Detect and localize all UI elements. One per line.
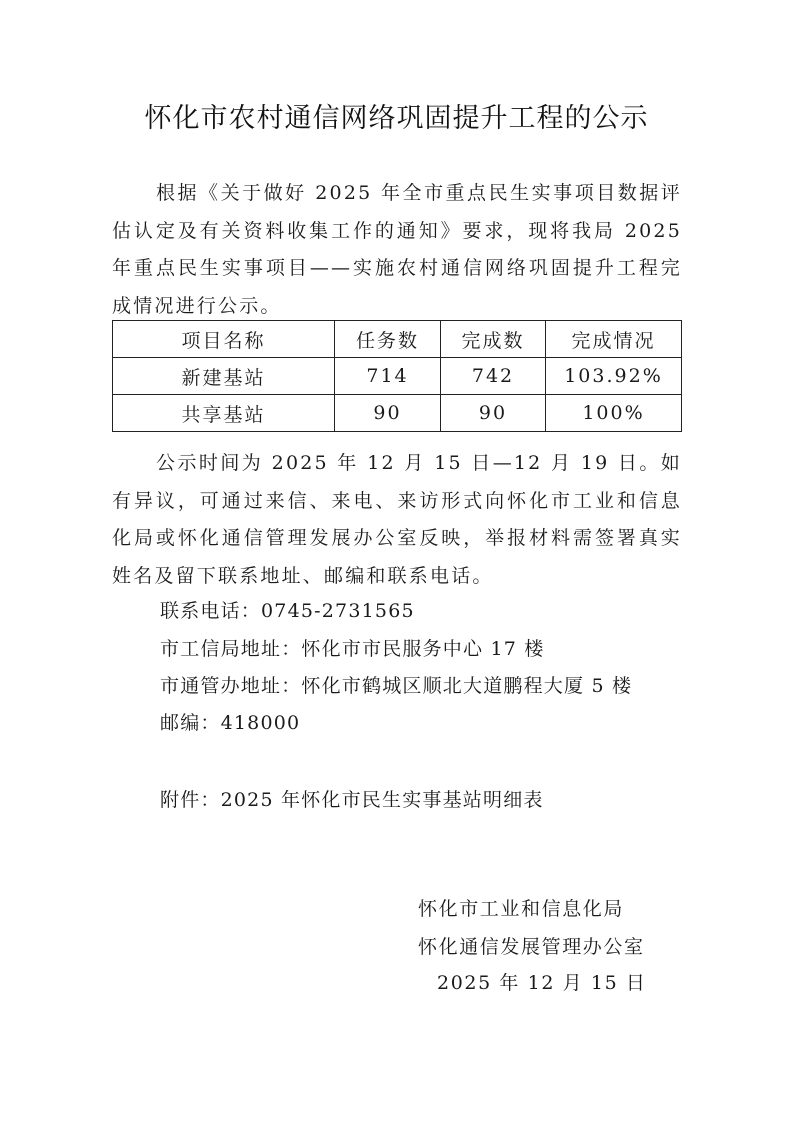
table-header-cell: 完成情况	[546, 321, 682, 358]
signature-org-2: 怀化通信发展管理办公室	[418, 932, 645, 959]
signature-date: 2025 年 12 月 15 日	[437, 968, 647, 995]
signature-org-1: 怀化市工业和信息化局	[418, 894, 624, 921]
table-header-cell: 完成数	[441, 321, 546, 358]
table-cell: 100%	[546, 395, 682, 432]
attachment-note: 附件：2025 年怀化市民生实事基站明细表	[160, 785, 544, 812]
table-row: 新建基站 714 742 103.92%	[113, 358, 682, 395]
table-header-cell: 项目名称	[113, 321, 335, 358]
table-cell: 共享基站	[113, 395, 335, 432]
table-cell: 90	[335, 395, 441, 432]
table-cell: 742	[441, 358, 546, 395]
postcode: 邮编：418000	[160, 708, 300, 735]
table-header-row: 项目名称 任务数 完成数 完成情况	[113, 321, 682, 358]
table-cell: 90	[441, 395, 546, 432]
table-cell: 103.92%	[546, 358, 682, 395]
office-address: 市通管办地址：怀化市鹤城区顺北大道鹏程大厦 5 楼	[160, 671, 632, 698]
bureau-address: 市工信局地址：怀化市市民服务中心 17 楼	[160, 634, 544, 661]
intro-paragraph: 根据《关于做好 2025 年全市重点民生实事项目数据评估认定及有关资料收集工作的…	[112, 175, 682, 325]
table-header-cell: 任务数	[335, 321, 441, 358]
notice-paragraph: 公示时间为 2025 年 12 月 15 日—12 月 19 日。如有异议，可通…	[112, 445, 682, 595]
contact-phone: 联系电话：0745-2731565	[160, 596, 415, 623]
table-row: 共享基站 90 90 100%	[113, 395, 682, 432]
table-cell: 714	[335, 358, 441, 395]
table-cell: 新建基站	[113, 358, 335, 395]
completion-table: 项目名称 任务数 完成数 完成情况 新建基站 714 742 103.92% 共…	[112, 320, 682, 432]
document-title: 怀化市农村通信网络巩固提升工程的公示	[0, 96, 793, 135]
